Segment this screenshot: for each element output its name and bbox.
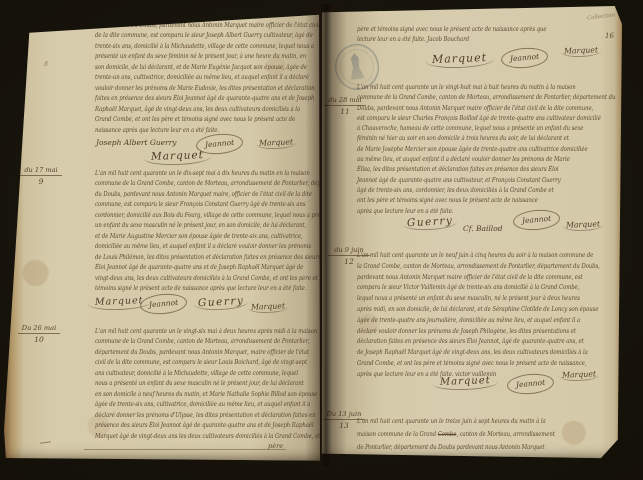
manuscript-line: déclaration faites en présence des sieur… bbox=[357, 336, 621, 347]
manuscript-line: âgé de trente-six ans, cordonnier, les d… bbox=[357, 185, 621, 195]
manuscript-line: nous a présenté un enfant du sexe mascul… bbox=[95, 378, 318, 388]
left-page: 8 département du Doubs, pardevant nous A… bbox=[4, 12, 320, 462]
birth-act-11-text: L'an mil huit cent quarante un le vingt-… bbox=[357, 82, 621, 216]
separator-rule bbox=[84, 449, 286, 450]
birth-act-8-text: département du Doubs, pardevant nous Ant… bbox=[95, 20, 318, 135]
manuscript-line: domiciliée au même lieu, et auquel enfan… bbox=[95, 241, 318, 251]
manuscript-line: Raphaël Marquet, âgé de vingt-deux ans, … bbox=[95, 104, 318, 114]
manuscript-line: comparu le sieur Victor Vuillemin âgé de… bbox=[357, 282, 621, 293]
manuscript-line: de Pontarlier, département du Doubs pard… bbox=[357, 441, 621, 454]
margin-note-act9: du 17 mai 9 bbox=[20, 166, 62, 186]
page-edge-stack bbox=[0, 34, 19, 454]
manuscript-line: Grand Combe, et ont les père et témoins … bbox=[357, 358, 621, 369]
birth-act-10-text: L'an mil huit cent quarante un le vingt-… bbox=[95, 326, 318, 441]
manuscript-line: Éloi Jeannot âgé de quarante-quatre ans … bbox=[95, 262, 318, 272]
birth-act-12-text: L'an mil huit cent quarante un le neuf j… bbox=[357, 250, 621, 380]
birth-act-13-text: L'an mil huit cent quarante un le treize… bbox=[357, 415, 621, 454]
manuscript-line: trente-six ans, domicilié à la Michaudet… bbox=[95, 41, 318, 51]
manuscript-line: après que lecture leur en a été faite. bbox=[357, 206, 621, 216]
signature-witness-marquet-act11: Marquet bbox=[563, 219, 603, 231]
act-number-margin-8: 8 bbox=[44, 60, 48, 68]
scanned-register-photo: 8 département du Doubs, pardevant nous A… bbox=[0, 0, 643, 480]
signature-witness-marquet-act9: Marquet bbox=[248, 301, 288, 313]
manuscript-line: Grand Combe, et ont les père et témoins … bbox=[95, 114, 318, 124]
margin-date-act10: Du 26 mai bbox=[18, 324, 60, 334]
signature-father-act8: Joseph Albert Guerry bbox=[96, 138, 177, 147]
birth-act-9-text: L'an mil huit cent quarante un le dix-se… bbox=[95, 168, 318, 293]
manuscript-line: lecture leur en a été faite. Jacob Bouch… bbox=[357, 34, 609, 44]
margin-note-act10: Du 26 mai 10 bbox=[18, 324, 60, 344]
manuscript-line: ans cultivateur, domicilié à la Michaude… bbox=[95, 368, 318, 378]
manuscript-line: est comparu le sieur Charles François Bo… bbox=[357, 113, 621, 123]
manuscript-line: Jeannot âgé de quarante-quatre ans culti… bbox=[357, 175, 621, 185]
corner-annotation: Collection bbox=[587, 12, 616, 21]
manuscript-line: de Joseph Raphaël Marquet âgé de vingt-d… bbox=[357, 347, 621, 358]
birth-act-10-end-text: père et témoins signé avec nous le prése… bbox=[357, 24, 609, 45]
signature-father-guerry-act9: Guerry bbox=[194, 295, 249, 312]
signature-witness-marquet-act12: Marquet bbox=[559, 369, 599, 381]
manuscript-line: vouloir donner les prénoms de Marie Eudo… bbox=[95, 83, 318, 93]
manuscript-line: en son domicile à neuf heures du matin, … bbox=[95, 389, 318, 399]
manuscript-line: déclaré donner les prénoms d'Ulysse, les… bbox=[95, 410, 318, 420]
manuscript-line: de la dite commune, est comparu le sieur… bbox=[95, 30, 318, 40]
manuscript-line: Élisa, les dites présentation et déclara… bbox=[357, 164, 621, 174]
manuscript-line: pardevant nous Antonin Marquet maire off… bbox=[357, 272, 621, 283]
manuscript-line: commune de la Grand Combe, canton de Mor… bbox=[95, 178, 318, 188]
manuscript-line: après midi, en son domicile, de lui décl… bbox=[357, 304, 621, 315]
act-number-9: 9 bbox=[20, 177, 62, 186]
struck-through-word: Combe bbox=[438, 430, 457, 438]
signature-mayor-act8: Marquet bbox=[144, 149, 211, 166]
manuscript-line: un enfant du sexe masculin né le présent… bbox=[95, 220, 318, 230]
manuscript-line: témoins signé le présent acte de naissan… bbox=[95, 283, 318, 293]
signature-witness-marquet-act10: Marquet bbox=[561, 45, 601, 57]
manuscript-line: L'an mil huit cent quarante un le dix-se… bbox=[95, 168, 318, 178]
line-segment: maison commune de la Grand bbox=[357, 430, 438, 438]
manuscript-line: faites en présence des sieurs Éloi Jeann… bbox=[95, 93, 318, 103]
manuscript-line: département du Doubs, pardevant nous Ant… bbox=[95, 20, 318, 30]
manuscript-line: civil de la dite commune, est comparu le… bbox=[95, 357, 318, 367]
manuscript-line: cordonnier, domicilié aux Bois du Fourg,… bbox=[95, 210, 318, 220]
manuscript-line: L'an mil huit cent quarante un le vingt-… bbox=[95, 326, 318, 336]
signature-witness-guerry-act11: Guerry bbox=[403, 215, 458, 232]
signature-mayor-act12: Marquet bbox=[433, 375, 498, 391]
margin-date-act9: du 17 mai bbox=[20, 166, 62, 176]
signature-witness-jeannot-act10: Jeannot bbox=[500, 46, 549, 70]
signature-mayor-act10: Marquet bbox=[425, 51, 495, 69]
manuscript-line: de Marie Josèphe Mercier son épouse âgée… bbox=[357, 144, 621, 154]
pen-flourish bbox=[40, 441, 51, 444]
manuscript-line: naissance après que lecture leur en a ét… bbox=[95, 125, 318, 135]
manuscript-line: lequel nous a présenté un enfant du sexe… bbox=[357, 293, 621, 304]
manuscript-line: présence des sieurs Éloi Jeannot âgé de … bbox=[95, 420, 318, 430]
manuscript-line: L'an mil huit cent quarante un le vingt-… bbox=[357, 82, 621, 92]
manuscript-line: à Chauveroche, hameau de cette commune, … bbox=[357, 123, 621, 133]
manuscript-line: la Grand Combe, canton de Morteau, arron… bbox=[357, 261, 621, 272]
manuscript-line: trente-un ans, cultivatrice, domiciliée … bbox=[95, 72, 318, 82]
manuscript-line: père et témoins signé avec nous le prése… bbox=[357, 24, 609, 34]
manuscript-line: département du Doubs, pardevant nous Ant… bbox=[95, 347, 318, 357]
manuscript-line: commune de la Grand Combe, canton de Mor… bbox=[95, 336, 318, 346]
manuscript-line: féminin né hier au soir en son domicile … bbox=[357, 133, 621, 143]
manuscript-line: âgée de trente-quatre ans journalière, d… bbox=[357, 315, 621, 326]
signature-witness-marquet-act8: Marquet bbox=[256, 137, 296, 149]
signature-father-baillod-act11: Cf. Baillod bbox=[463, 224, 503, 233]
manuscript-line: de Louis Philémon, les dites présentatio… bbox=[95, 252, 318, 262]
manuscript-line: L'an mil huit cent quarante un le treize… bbox=[357, 415, 621, 428]
manuscript-line: Marquet âgé de vingt-deux ans les deux c… bbox=[95, 431, 318, 441]
manuscript-line: commune, est comparu le sieur François C… bbox=[95, 199, 318, 209]
manuscript-line: et de Marie Augustine Mercier son épouse… bbox=[95, 231, 318, 241]
manuscript-line: commune de la Grand Combe, canton de Mor… bbox=[357, 92, 621, 102]
right-page: Collection 16 père et témoins signé avec… bbox=[321, 6, 622, 460]
manuscript-line: ont les père et témoins signé avec nous … bbox=[357, 195, 621, 205]
manuscript-line: maison commune de la Grand Combe, canton… bbox=[357, 428, 621, 441]
line-segment: , canton de Morteau, arrondissement bbox=[456, 430, 554, 438]
manuscript-line: présenté un enfant du sexe féminin né le… bbox=[95, 51, 318, 61]
manuscript-line: Doubs, pardevant nous Antonin Marquet ma… bbox=[357, 103, 621, 113]
manuscript-line: du Doubs, pardevant nous Antonin Marquet… bbox=[95, 189, 318, 199]
act-number-10: 10 bbox=[18, 335, 60, 344]
manuscript-line: déclaré vouloir donner les prénoms de Jo… bbox=[357, 326, 621, 337]
manuscript-line: son domicile, de lui déclarant, et de Ma… bbox=[95, 62, 318, 72]
manuscript-line: vingt-deux ans, les deux cultivateurs do… bbox=[95, 273, 318, 283]
manuscript-line: au même lieu, et auquel enfant il a décl… bbox=[357, 154, 621, 164]
manuscript-line: âgée de trente-six ans, cultivatrice, do… bbox=[95, 399, 318, 409]
manuscript-line: L'an mil huit cent quarante un le neuf j… bbox=[357, 250, 621, 261]
